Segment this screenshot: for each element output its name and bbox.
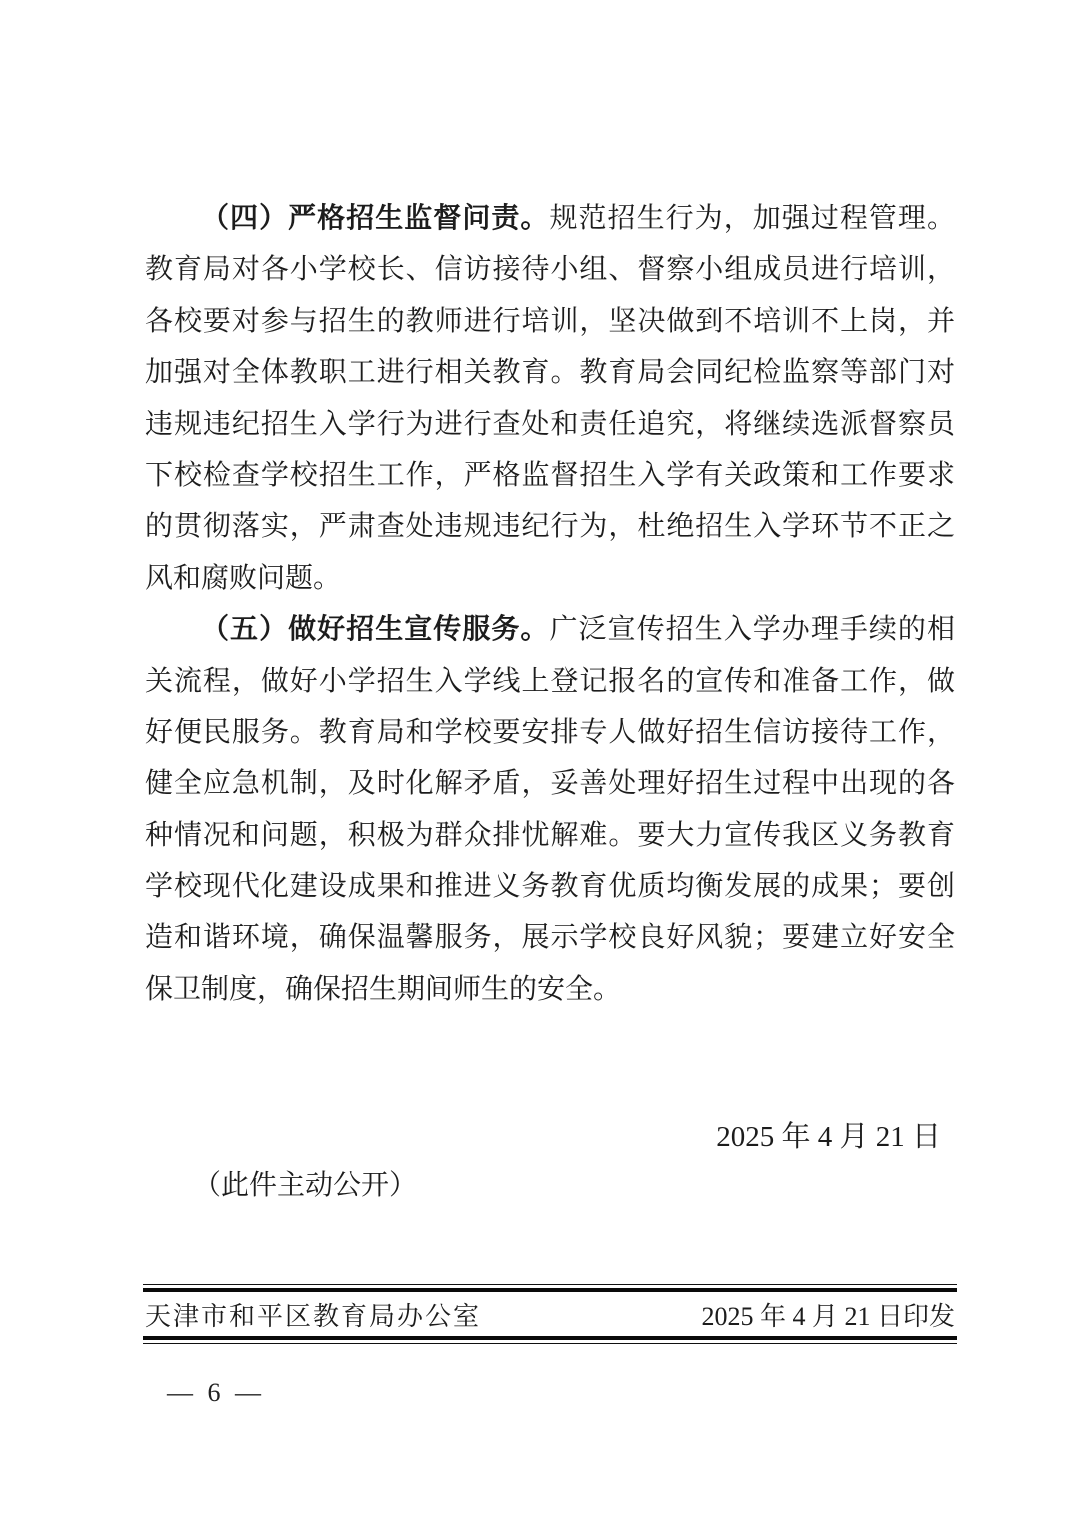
document-body: （四）严格招生监督问责。规范招生行为，加强过程管理。 教育局对各小学校长、信访接… bbox=[145, 193, 955, 1015]
paragraph-5-lead: （五）做好招生宣传服务。 bbox=[201, 614, 549, 645]
paragraph-4: （四）严格招生监督问责。规范招生行为，加强过程管理。 教育局对各小学校长、信访接… bbox=[145, 193, 955, 604]
signoff-date: 2025 年 4 月 21 日 bbox=[145, 1112, 941, 1163]
body-line: （四）严格招生监督问责。规范招生行为，加强过程管理。 bbox=[145, 193, 955, 244]
document-page: （四）严格招生监督问责。规范招生行为，加强过程管理。 教育局对各小学校长、信访接… bbox=[0, 0, 1080, 1527]
paragraph-4-lead: （四）严格招生监督问责。 bbox=[201, 203, 549, 234]
paragraph-5: （五）做好招生宣传服务。广泛宣传招生入学办理手续的相 关流程，做好小学招生入学线… bbox=[145, 604, 955, 1015]
body-line: 种情况和问题，积极为群众排忧解难。要大力宣传我区义务教育 bbox=[145, 810, 955, 861]
body-line: 关流程，做好小学招生入学线上登记报名的宣传和准备工作，做 bbox=[145, 656, 955, 707]
colophon-bottom-rule bbox=[143, 1336, 957, 1344]
body-line: 的贯彻落实，严肃查处违规违纪行为，杜绝招生入学环节不正之 bbox=[145, 501, 955, 552]
page-number: — 6 — bbox=[167, 1378, 265, 1408]
body-line: （五）做好招生宣传服务。广泛宣传招生入学办理手续的相 bbox=[145, 604, 955, 655]
paragraph-5-first-line-rest: 广泛宣传招生入学办理手续的相 bbox=[549, 614, 955, 645]
body-line: 教育局对各小学校长、信访接待小组、督察小组成员进行培训， bbox=[145, 244, 955, 295]
colophon: 天津市和平区教育局办公室 2025 年 4 月 21 日印发 bbox=[143, 1284, 957, 1344]
colophon-top-rule bbox=[143, 1284, 957, 1292]
body-line: 下校检查学校招生工作，严格监督招生入学有关政策和工作要求 bbox=[145, 450, 955, 501]
body-line: 健全应急机制，及时化解矛盾，妥善处理好招生过程中出现的各 bbox=[145, 758, 955, 809]
colophon-row: 天津市和平区教育局办公室 2025 年 4 月 21 日印发 bbox=[143, 1292, 957, 1336]
body-line: 风和腐败问题。 bbox=[145, 553, 955, 604]
body-line: 好便民服务。教育局和学校要安排专人做好招生信访接待工作， bbox=[145, 707, 955, 758]
body-line: 各校要对参与招生的教师进行培训，坚决做到不培训不上岗，并 bbox=[145, 296, 955, 347]
public-disclosure-note: （此件主动公开） bbox=[145, 1160, 955, 1211]
paragraph-4-first-line-rest: 规范招生行为，加强过程管理。 bbox=[549, 203, 955, 234]
body-line: 加强对全体教职工进行相关教育。教育局会同纪检监察等部门对 bbox=[145, 347, 955, 398]
print-date: 2025 年 4 月 21 日印发 bbox=[701, 1296, 955, 1333]
body-line: 保卫制度，确保招生期间师生的安全。 bbox=[145, 964, 955, 1015]
body-line: 造和谐环境，确保温馨服务，展示学校良好风貌；要建立好安全 bbox=[145, 912, 955, 963]
issuing-office: 天津市和平区教育局办公室 bbox=[145, 1296, 481, 1333]
body-line: 学校现代化建设成果和推进义务教育优质均衡发展的成果；要创 bbox=[145, 861, 955, 912]
body-line: 违规违纪招生入学行为进行查处和责任追究，将继续选派督察员 bbox=[145, 399, 955, 450]
